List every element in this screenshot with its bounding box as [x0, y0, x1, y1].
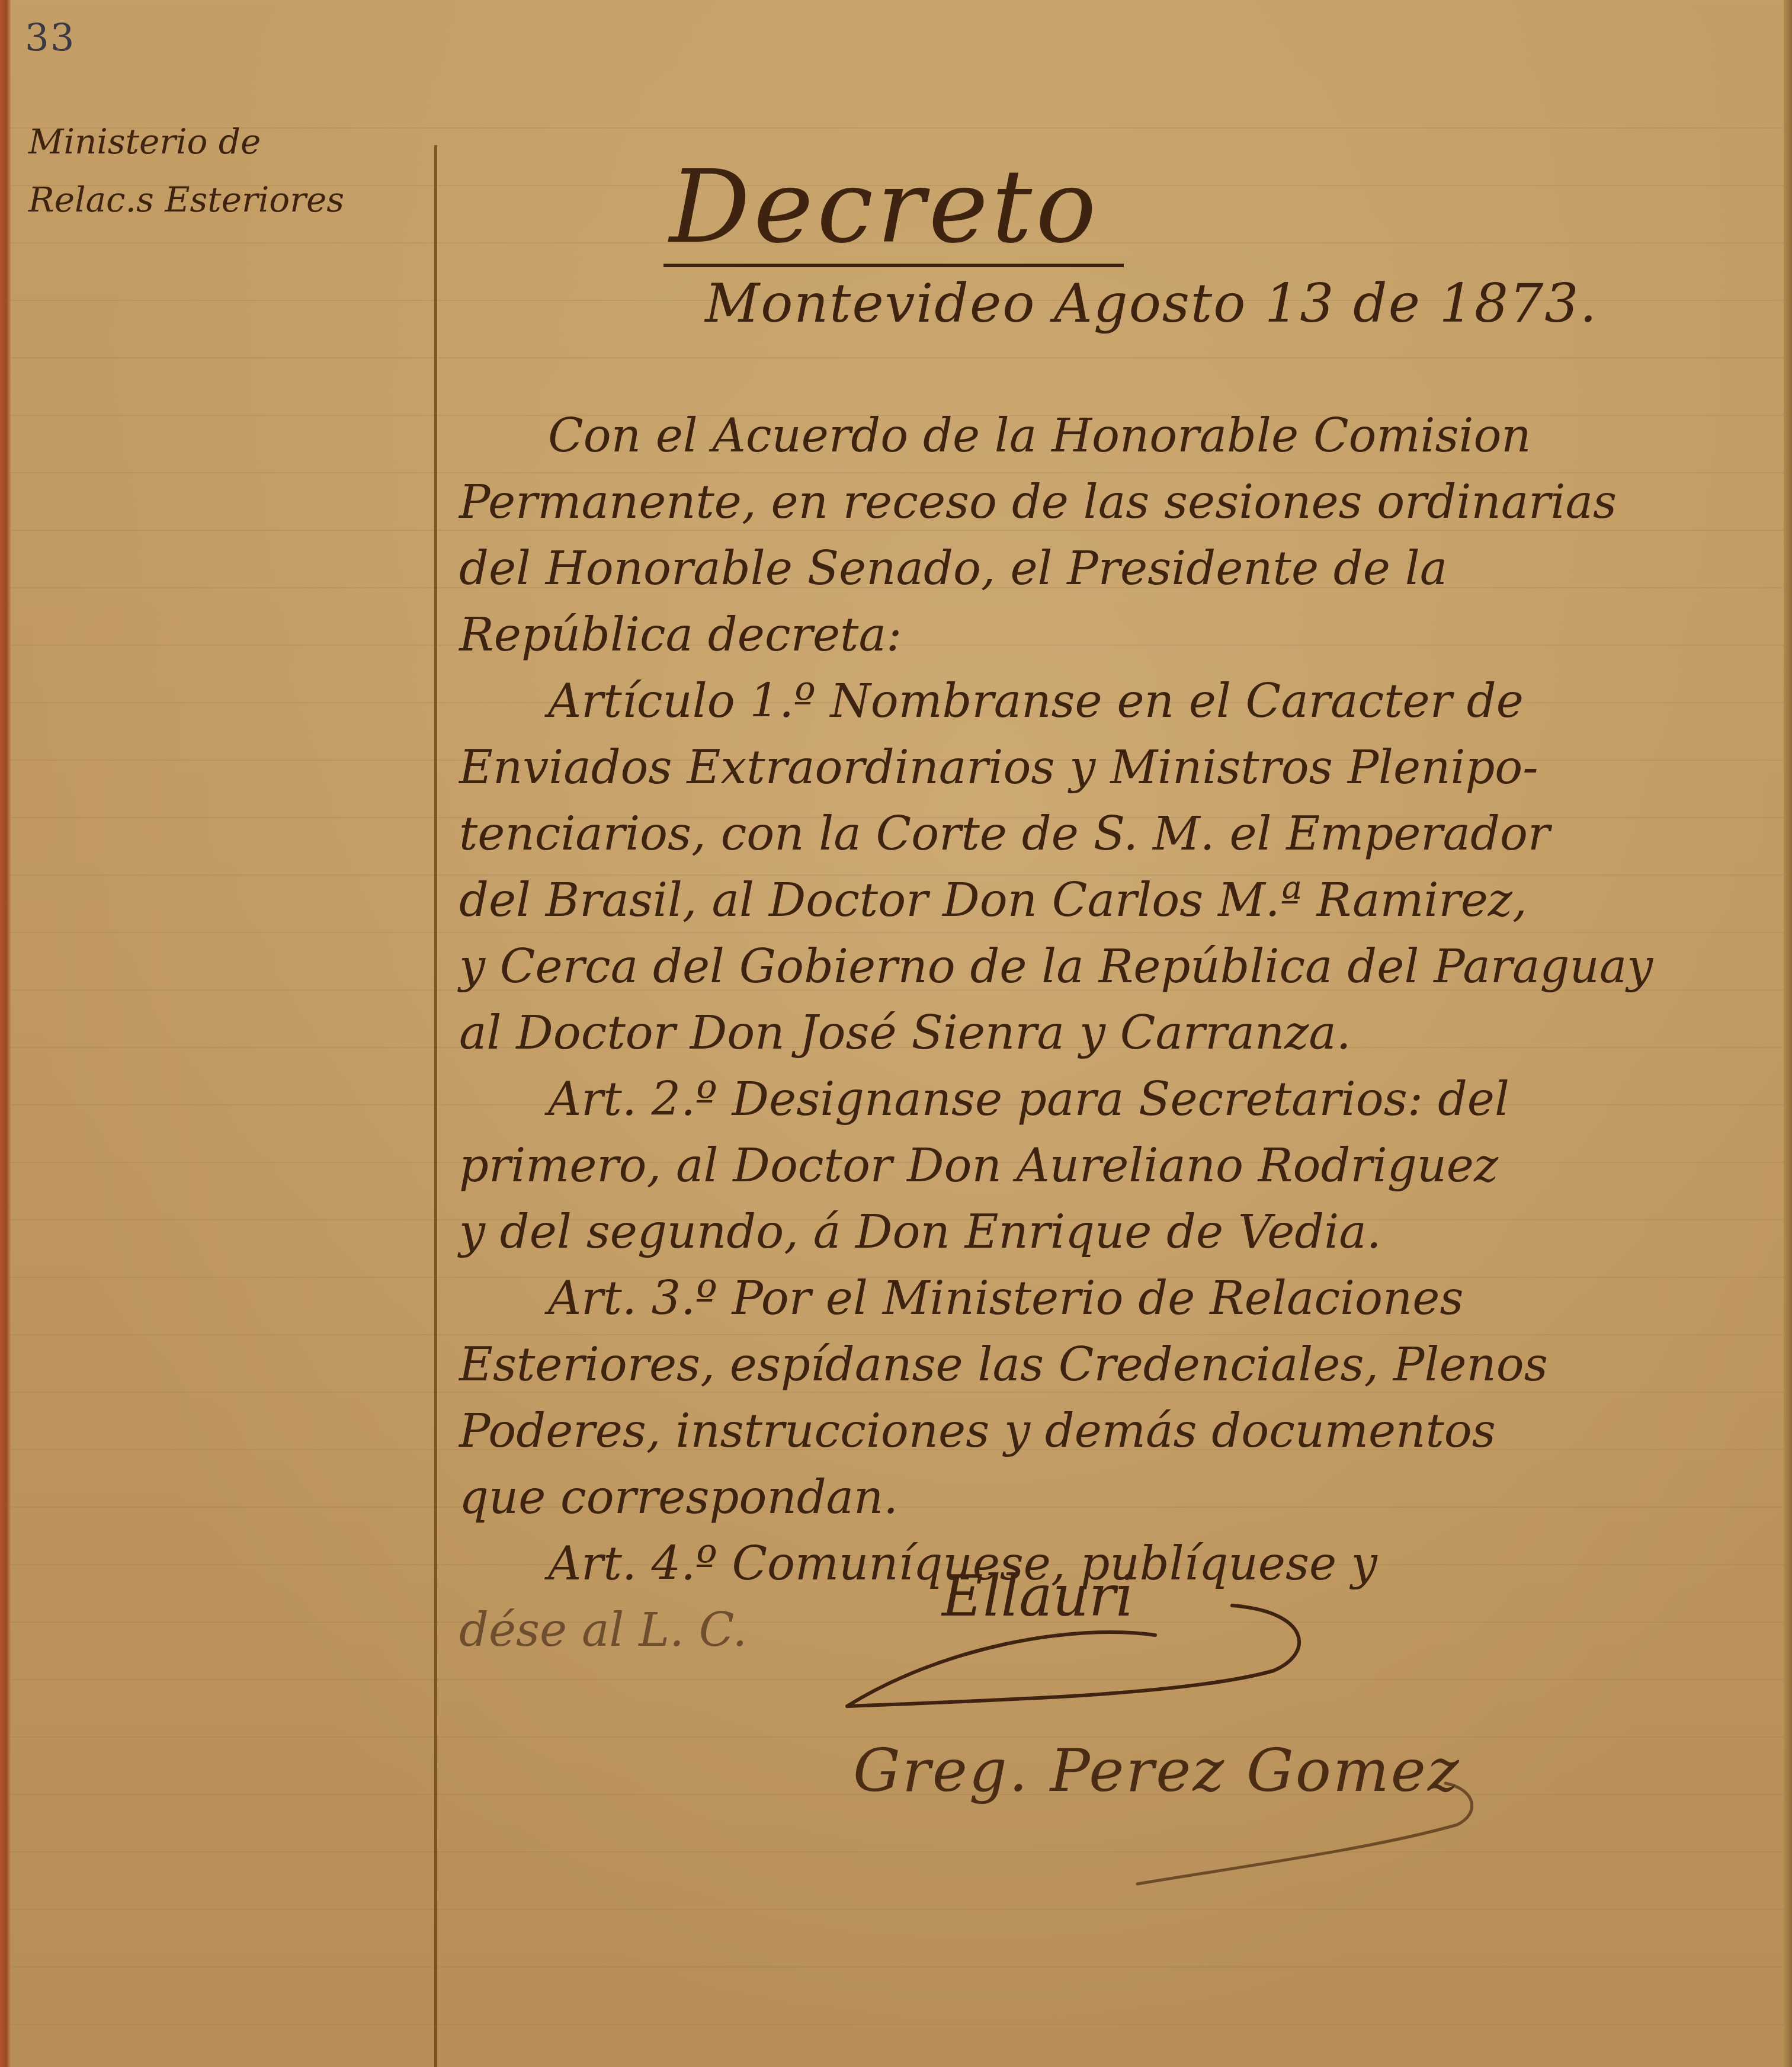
- body-line: del Honorable Senado, el Presidente de l…: [459, 536, 1751, 602]
- body-line: al Doctor Don José Sienra y Carranza.: [459, 1000, 1751, 1066]
- page-number: 33: [25, 17, 75, 60]
- body-line: primero, al Doctor Don Aureliano Rodrigu…: [459, 1133, 1751, 1199]
- place-date: Montevideo Agosto 13 de 1873.: [705, 273, 1598, 335]
- body-line: que correspondan.: [459, 1464, 1751, 1531]
- margin-note: Ministerio de Relac.s Esteriores: [28, 113, 419, 229]
- body-line: Poderes, instrucciones y demás documento…: [459, 1398, 1751, 1464]
- margin-rule: [434, 145, 437, 2067]
- body-line: República decreta:: [459, 602, 1751, 668]
- binding-edge: [0, 0, 11, 2067]
- decree-body: Con el Acuerdo de la Honorable Comision …: [459, 403, 1751, 1664]
- document-title: Decreto: [663, 151, 1124, 267]
- article-2-line: Art. 2.º Designanse para Secretarios: de…: [459, 1066, 1751, 1133]
- ledger-page: 33 Ministerio de Relac.s Esteriores Decr…: [0, 0, 1792, 2067]
- body-line: y Cerca del Gobierno de la República del…: [459, 934, 1751, 1000]
- margin-note-line: Relac.s Esteriores: [28, 171, 419, 229]
- article-3-line: Art. 3.º Por el Ministerio de Relaciones: [459, 1265, 1751, 1332]
- body-line: tenciarios, con la Corte de S. M. el Emp…: [459, 801, 1751, 867]
- margin-note-line: Ministerio de: [28, 113, 419, 171]
- signature-minister-flourish: [1126, 1777, 1493, 1896]
- page-right-edge: [1784, 0, 1792, 2067]
- body-line: Permanente, en receso de las sesiones or…: [459, 469, 1751, 536]
- body-line: y del segundo, á Don Enrique de Vedia.: [459, 1199, 1751, 1265]
- signature-rubric-flourish: [823, 1600, 1345, 1718]
- body-line: Enviados Extraordinarios y Ministros Ple…: [459, 735, 1751, 801]
- body-line: del Brasil, al Doctor Don Carlos M.ª Ram…: [459, 867, 1751, 934]
- body-line: Esteriores, espídanse las Credenciales, …: [459, 1332, 1751, 1398]
- body-line: Con el Acuerdo de la Honorable Comision: [459, 403, 1751, 469]
- article-1-line: Artículo 1.º Nombranse en el Caracter de: [459, 668, 1751, 735]
